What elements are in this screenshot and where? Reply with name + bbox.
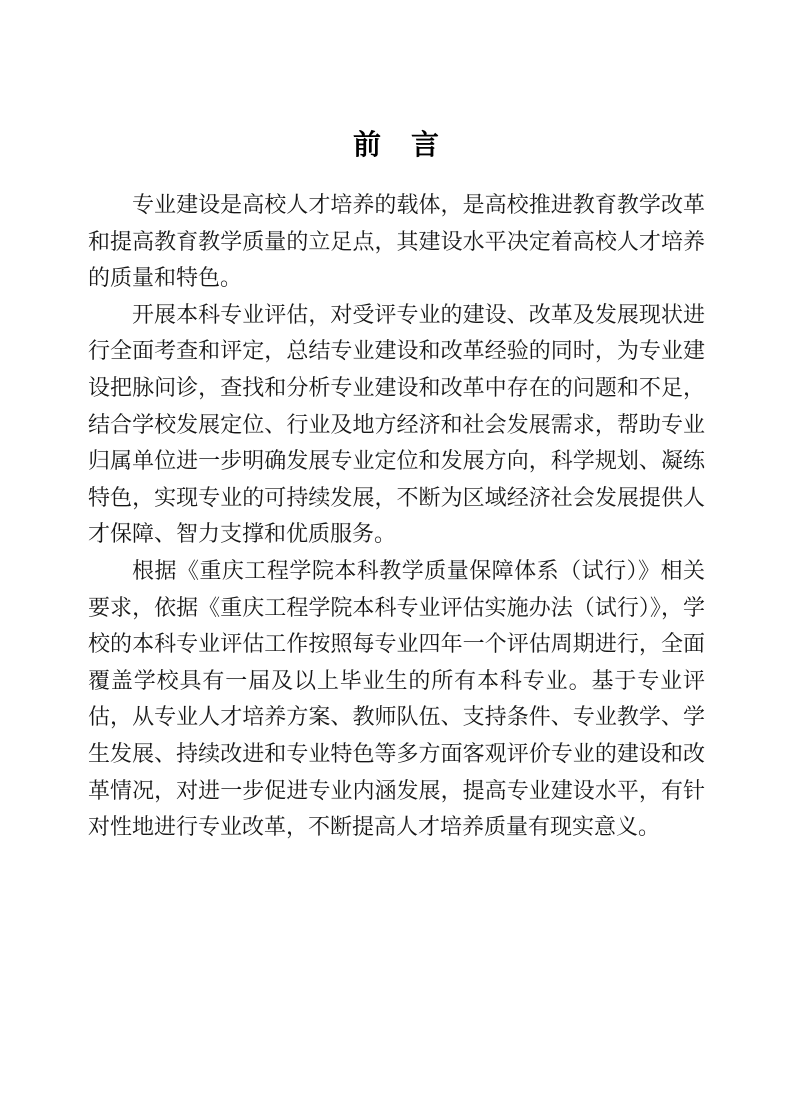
document-page: 前 言 专业建设是高校人才培养的载体，是高校推进教育教学改革和提高教育教学质量的… — [0, 0, 793, 1096]
preface-paragraph-2: 开展本科专业评估，对受评专业的建设、改革及发展现状进行全面考查和评定，总结专业建… — [88, 297, 705, 553]
preface-paragraph-3: 根据《重庆工程学院本科教学质量保障体系（试行）》相关要求，依据《重庆工程学院本科… — [88, 553, 705, 846]
page-title: 前 言 — [88, 128, 705, 161]
preface-paragraph-1: 专业建设是高校人才培养的载体，是高校推进教育教学改革和提高教育教学质量的立足点，… — [88, 187, 705, 297]
